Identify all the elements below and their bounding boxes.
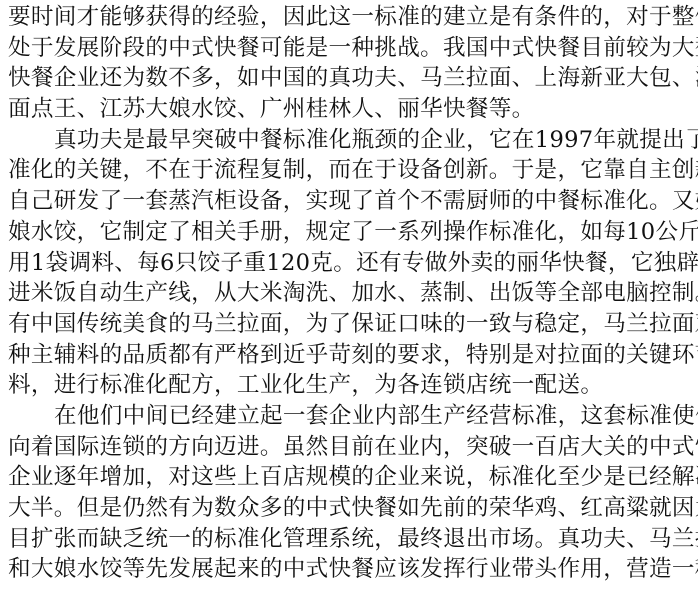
- text-line-indented: 真功夫是最早突破中餐标准化瓶颈的企业，它在1997年就提出了：标: [8, 125, 668, 156]
- text-line: 料，进行标准化配方，工业化生产，为各连锁店统一配送。: [8, 370, 668, 401]
- text-line: 有中国传统美食的马兰拉面，为了保证口味的一致与稳定，马兰拉面对各: [8, 309, 668, 340]
- text-line: 面点王、江苏大娘水饺、广州桂林人、丽华快餐等。: [8, 94, 668, 125]
- text-line: 目扩张而缺乏统一的标准化管理系统，最终退出市场。真功夫、马兰拉面: [8, 524, 668, 555]
- text-line: 快餐企业还为数不多，如中国的真功夫、马兰拉面、上海新亚大包、深圳: [8, 63, 668, 94]
- text-line: 处于发展阶段的中式快餐可能是一种挑战。我国中式快餐目前较为大型的: [8, 33, 668, 64]
- text-line: 进米饭自动生产线，从大米淘洗、加水、蒸制、出饭等全部电脑控制。又: [8, 278, 668, 309]
- text-line: 用1袋调料、每6只饺子重120克。还有专做外卖的丽华快餐，它独辟蹊径引: [8, 248, 668, 279]
- text-line: 准化的关键，不在于流程复制，而在于设备创新。于是，它靠自主创新，: [8, 155, 668, 186]
- paragraph-2: 真功夫是最早突破中餐标准化瓶颈的企业，它在1997年就提出了：标 准化的关键，不…: [8, 125, 668, 401]
- document-page: 要时间才能够获得的经验，因此这一标准的建立是有条件的，对于整体正 处于发展阶段的…: [8, 2, 668, 585]
- text-line: 种主辅料的品质都有严格到近乎苛刻的要求，特别是对拉面的关键环节汤: [8, 340, 668, 371]
- text-line: 要时间才能够获得的经验，因此这一标准的建立是有条件的，对于整体正: [8, 2, 668, 33]
- paragraph-3: 在他们中间已经建立起一套企业内部生产经营标准，这套标准使他们 向着国际连锁的方向…: [8, 401, 668, 585]
- text-line: 向着国际连锁的方向迈进。虽然目前在业内，突破一百店大关的中式快餐: [8, 432, 668, 463]
- text-line: 娘水饺，它制定了相关手册，规定了一系列操作标准化，如每10公斤馅使: [8, 217, 668, 248]
- paragraph-1: 要时间才能够获得的经验，因此这一标准的建立是有条件的，对于整体正 处于发展阶段的…: [8, 2, 668, 125]
- text-line: 自己研发了一套蒸汽柜设备，实现了首个不需厨师的中餐标准化。又如大: [8, 186, 668, 217]
- text-line-indented: 在他们中间已经建立起一套企业内部生产经营标准，这套标准使他们: [8, 401, 668, 432]
- text-line: 和大娘水饺等先发展起来的中式快餐应该发挥行业带头作用，营造一种相: [8, 554, 668, 585]
- text-line: 企业逐年增加，对这些上百店规模的企业来说，标准化至少是已经解决一: [8, 462, 668, 493]
- text-line: 大半。但是仍然有为数众多的中式快餐如先前的荣华鸡、红高粱就因为盲: [8, 493, 668, 524]
